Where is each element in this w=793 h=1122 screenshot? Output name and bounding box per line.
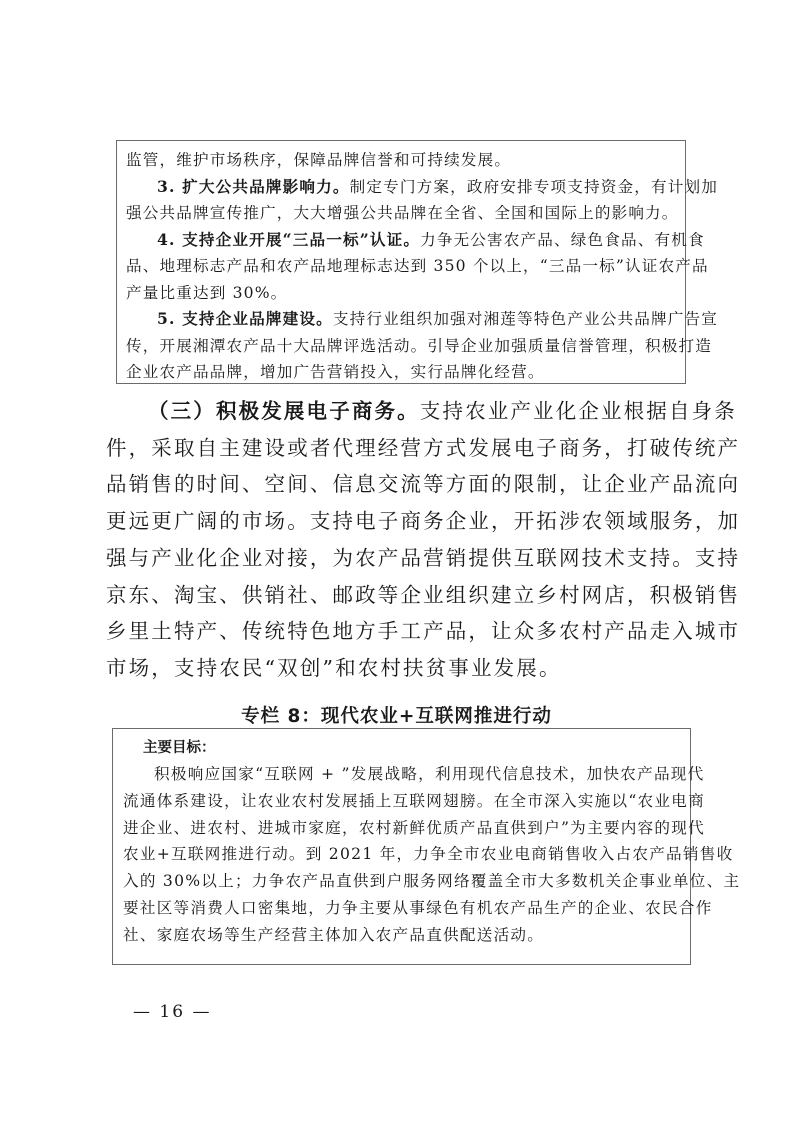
ecommerce-section: （三）积极发展电子商务。支持农业产业化企业根据自身条 件，采取自主建设或者代理经… bbox=[106, 393, 706, 687]
column-box: 主要目标： 积极响应国家“互联网 + ”发展战略，利用现代信息技术，加快农产品现… bbox=[112, 728, 691, 965]
box-line: 品、地理标志产品和农产品地理标志达到 350 个以上，“三品一标”认证农产品 bbox=[126, 253, 677, 280]
section-heading: （三）积极发展电子商务。 bbox=[148, 399, 420, 423]
box-line: 农业+互联网推进行动。到 2021 年，力争全市农业电商销售收入占农产品销售收 bbox=[123, 841, 682, 868]
goal-label: 主要目标： bbox=[123, 735, 682, 761]
body-line: 件，采取自主建设或者代理经营方式发展电子商务，打破传统产 bbox=[106, 430, 706, 467]
box-line: 3. 扩大公共品牌影响力。制定专门方案，政府安排专项支持资金，有计划加 bbox=[126, 174, 677, 201]
box-line: 监管，维护市场秩序，保障品牌信誉和可持续发展。 bbox=[126, 147, 677, 174]
box-line: 5. 支持企业品牌建设。支持行业组织加强对湘莲等特色产业公共品牌广告宣 bbox=[126, 306, 677, 333]
box-line: 社、家庭农场等生产经营主体加入农产品直供配送活动。 bbox=[123, 922, 682, 949]
box-line: 4. 支持企业开展“三品一标”认证。力争无公害农产品、绿色食品、有机食 bbox=[126, 227, 677, 254]
box-line: 积极响应国家“互联网 + ”发展战略，利用现代信息技术，加快农产品现代 bbox=[123, 761, 682, 788]
brand-building-box: 监管，维护市场秩序，保障品牌信誉和可持续发展。 3. 扩大公共品牌影响力。制定专… bbox=[116, 140, 686, 384]
item-heading: 5. 支持企业品牌建设。 bbox=[157, 309, 333, 328]
body-line: 更远更广阔的市场。支持电子商务企业，开拓涉农领域服务，加 bbox=[106, 503, 706, 540]
item-heading: 4. 支持企业开展“三品一标”认证。 bbox=[157, 230, 420, 249]
box-line: 传，开展湘潭农产品十大品牌评选活动。引导企业加强质量信誉管理，积极打造 bbox=[126, 333, 677, 360]
box-line: 强公共品牌宣传推广，大大增强公共品牌在全省、全国和国际上的影响力。 bbox=[126, 200, 677, 227]
box-line: 入的 30%以上；力争农产品直供到户服务网络覆盖全市大多数机关企事业单位、主 bbox=[123, 868, 682, 895]
box-line: 产量比重达到 30%。 bbox=[126, 280, 677, 307]
column-heading: 专栏 8：现代农业+互联网推进行动 bbox=[0, 702, 793, 728]
box-line: 企业农产品品牌，增加广告营销投入，实行品牌化经营。 bbox=[126, 359, 677, 386]
box-line: 进企业、进农村、进城市家庭，农村新鲜优质产品直供到户”为主要内容的现代 bbox=[123, 815, 682, 842]
body-line: 市场，支持农民“双创”和农村扶贫事业发展。 bbox=[106, 650, 706, 687]
body-line: 品销售的时间、空间、信息交流等方面的限制，让企业产品流向 bbox=[106, 466, 706, 503]
body-line: 强与产业化企业对接，为农产品营销提供互联网技术支持。支持 bbox=[106, 540, 706, 577]
box-line: 要社区等消费人口密集地，力争主要从事绿色有机农产品生产的企业、农民合作 bbox=[123, 895, 682, 922]
body-line: 乡里土特产、传统特色地方手工产品，让众多农村产品走入城市 bbox=[106, 613, 706, 650]
box-line: 流通体系建设，让农业农村发展插上互联网翅膀。在全市深入实施以“农业电商 bbox=[123, 788, 682, 815]
body-line: （三）积极发展电子商务。支持农业产业化企业根据自身条 bbox=[106, 393, 706, 430]
body-line: 京东、淘宝、供销社、邮政等企业组织建立乡村网店，积极销售 bbox=[106, 577, 706, 614]
item-heading: 3. 扩大公共品牌影响力。 bbox=[157, 177, 350, 196]
page-number: — 16 — bbox=[133, 1002, 211, 1022]
